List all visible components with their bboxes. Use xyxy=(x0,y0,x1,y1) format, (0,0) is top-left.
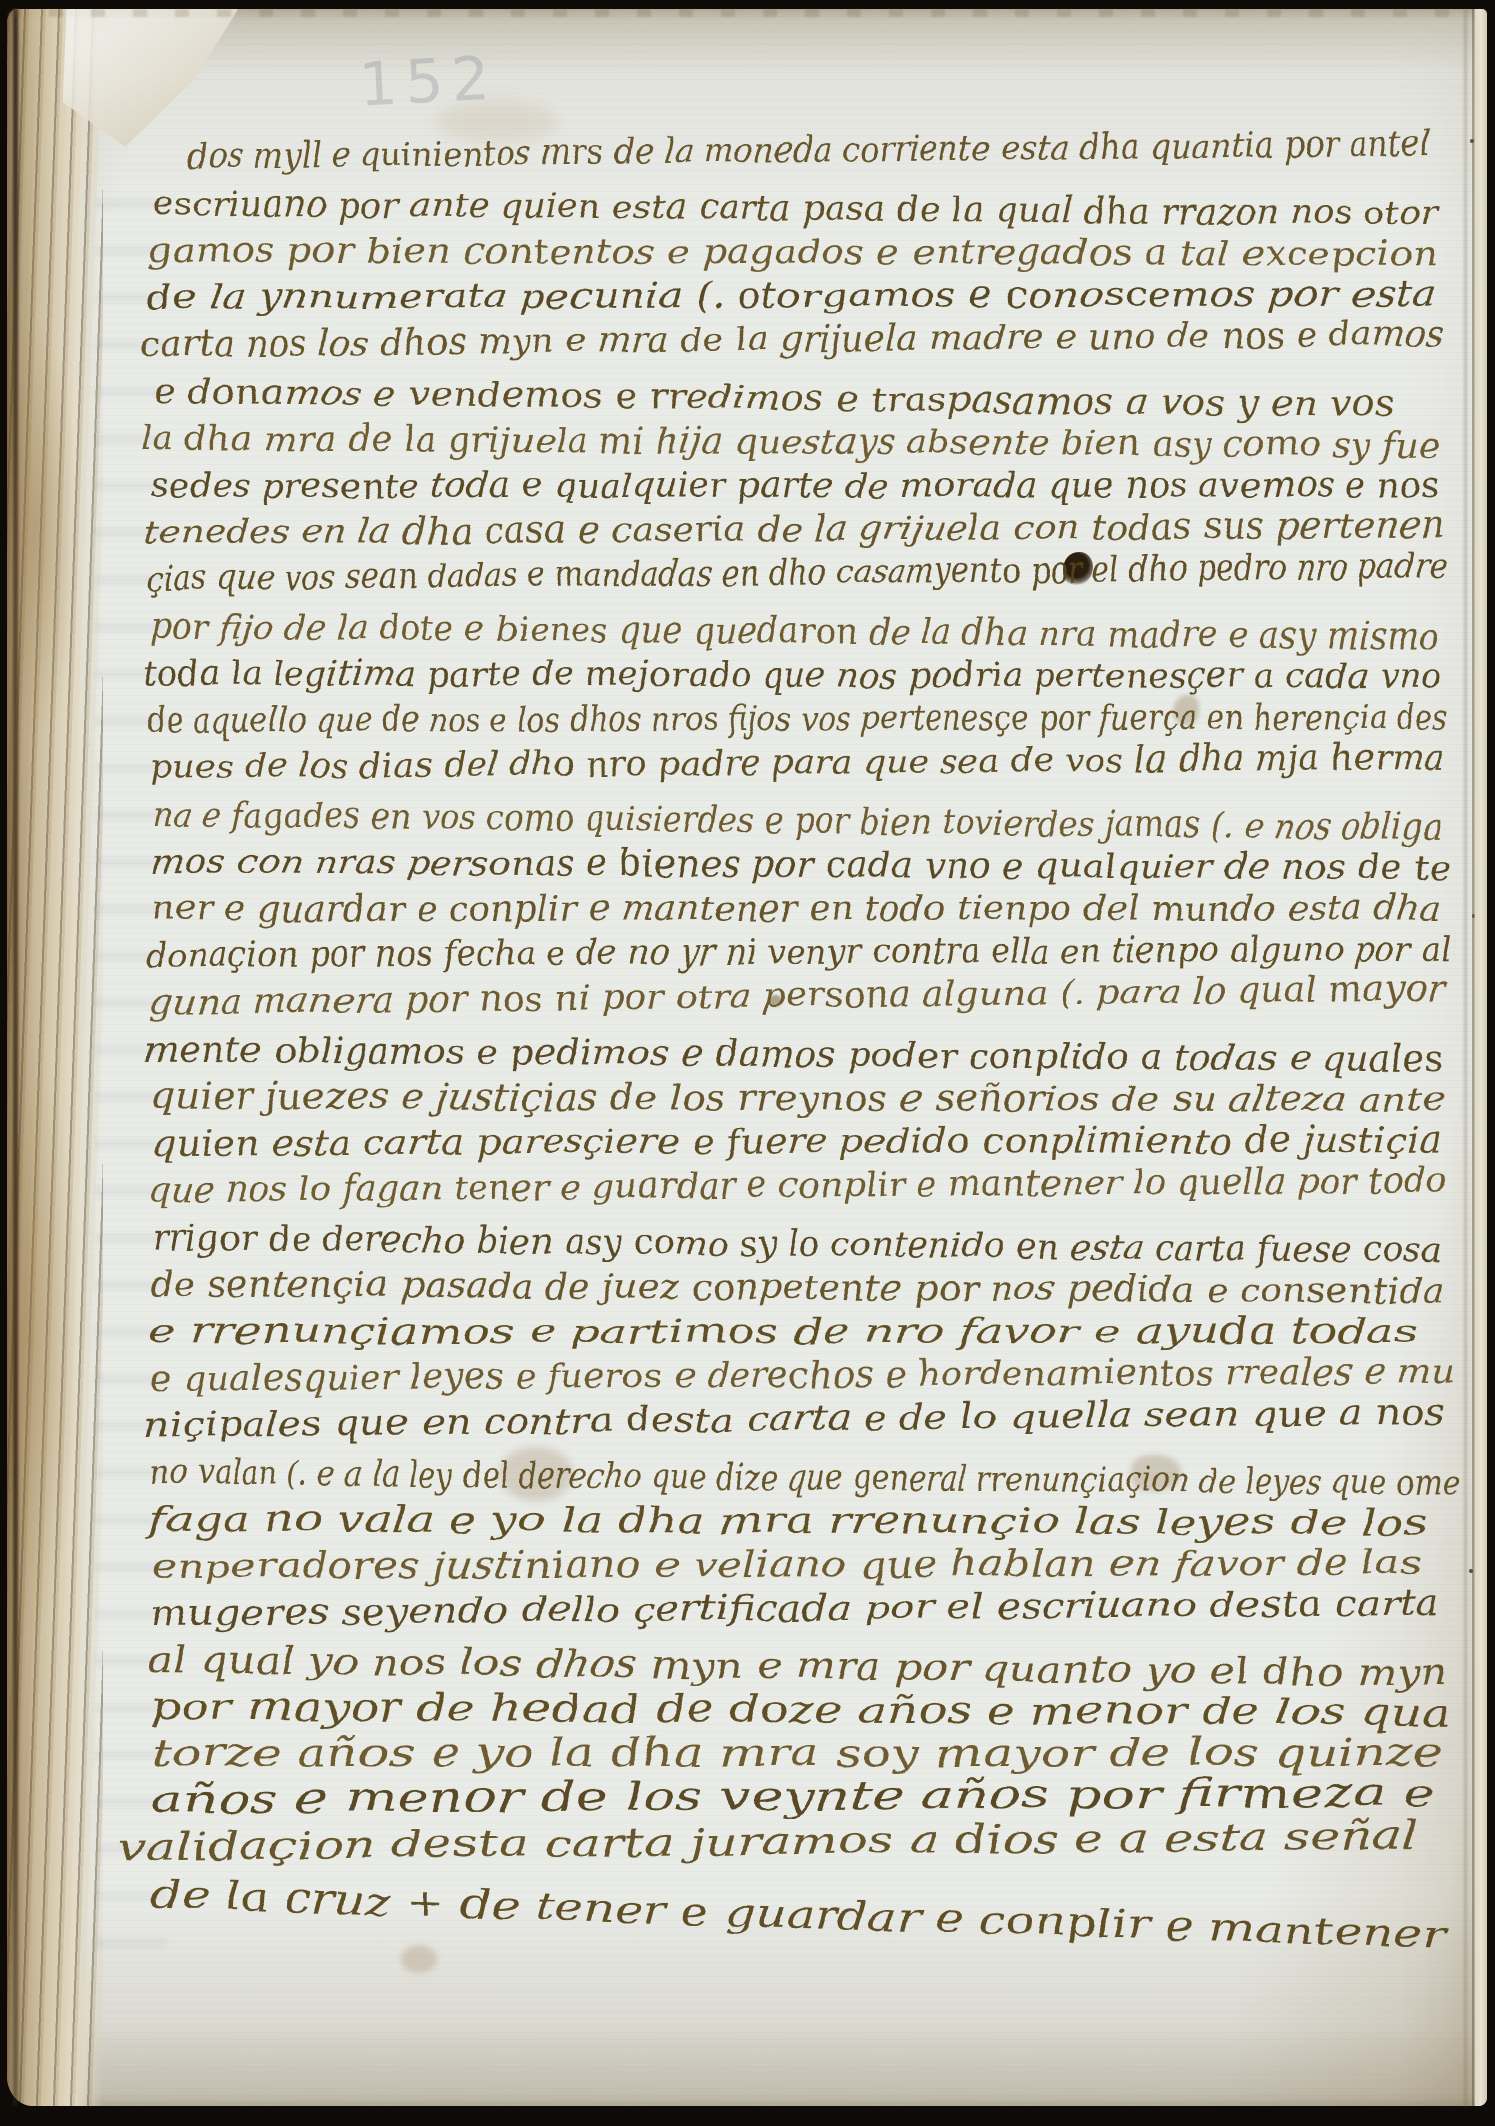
binding-edge xyxy=(7,9,103,2106)
stain xyxy=(1131,1455,1181,1491)
stain xyxy=(499,1447,573,1501)
stain xyxy=(1173,695,1199,725)
page-crease xyxy=(1464,9,1467,2106)
manuscript-page: 152 xyxy=(7,9,1487,2106)
adjacent-page-edge xyxy=(1472,9,1487,2106)
stain xyxy=(769,995,782,1007)
top-edge-dirt xyxy=(7,9,1487,17)
stain xyxy=(437,101,557,143)
ink-blot xyxy=(1063,552,1093,586)
stain xyxy=(401,1945,437,1973)
ink-showthrough xyxy=(95,199,167,1956)
